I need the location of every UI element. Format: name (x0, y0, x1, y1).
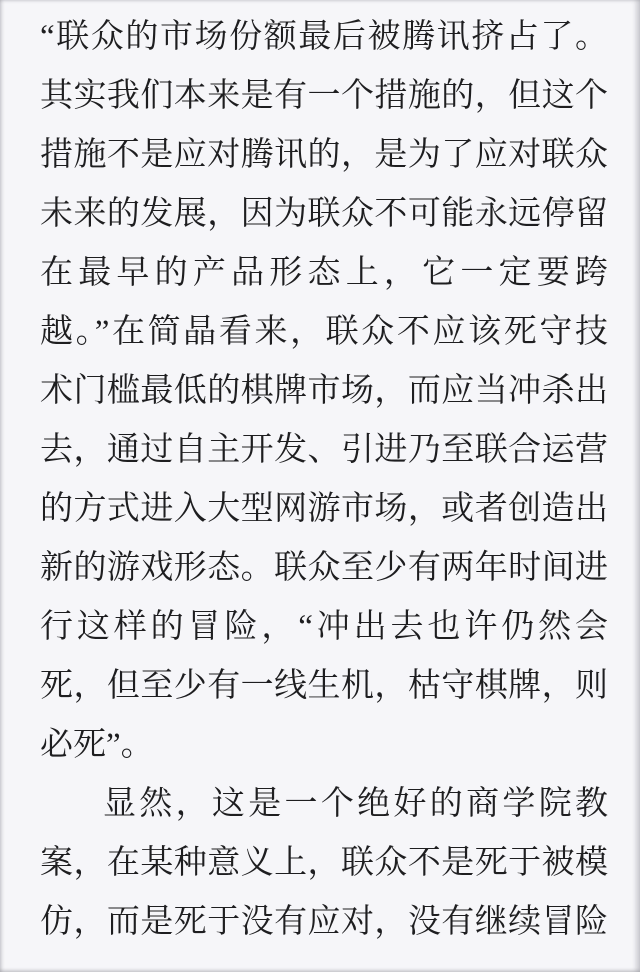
text-line: 新的游戏形态。联众至少有两年时间进 (40, 539, 608, 598)
text-line-paragraph-start: 显然，这是一个绝好的商学院教 (40, 775, 608, 834)
text-line: 术门槛最低的棋牌市场，而应当冲杀出 (40, 362, 608, 421)
text-line: 在最早的产品形态上，它一定要跨 (40, 244, 608, 303)
text-line: 仿，而是死于没有应对，没有继续冒险 (40, 893, 608, 952)
text-line: 去，通过自主开发、引进乃至联合运营 (40, 421, 608, 480)
reader-page[interactable]: “联众的市场份额最后被腾讯挤占了。 其实我们本来是有一个措施的，但这个 措施不是… (0, 0, 640, 972)
text-line: 案，在某种意义上，联众不是死于被模 (40, 834, 608, 893)
text-line: 行这样的冒险，“冲出去也许仍然会 (40, 598, 608, 657)
text-line: 措施不是应对腾讯的，是为了应对联众 (40, 126, 608, 185)
text-block: “联众的市场份额最后被腾讯挤占了。 其实我们本来是有一个措施的，但这个 措施不是… (40, 8, 608, 952)
text-line: 越。”在简晶看来，联众不应该死守技 (40, 303, 608, 362)
text-line: 必死”。 (40, 716, 608, 775)
text-line: 未来的发展，因为联众不可能永远停留 (40, 185, 608, 244)
text-line: 的方式进入大型网游市场，或者创造出 (40, 480, 608, 539)
text-line: 其实我们本来是有一个措施的，但这个 (40, 67, 608, 126)
text-line: 死，但至少有一线生机，枯守棋牌，则 (40, 657, 608, 716)
text-line: “联众的市场份额最后被腾讯挤占了。 (40, 8, 608, 67)
